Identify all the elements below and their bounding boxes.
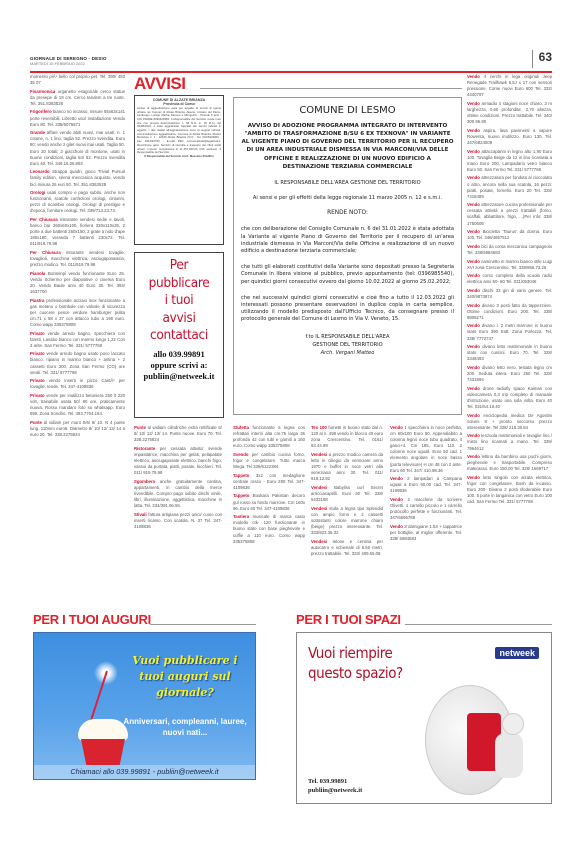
page-number: 63 bbox=[532, 50, 552, 68]
ad-keyword: Privato bbox=[30, 393, 45, 398]
lesmo-title: COMUNE DI LESMO bbox=[241, 107, 454, 114]
classified-ad: Orologi usati compro e pago subito, anch… bbox=[30, 190, 125, 214]
ad-keyword: Vendo bbox=[467, 475, 480, 480]
ad-text: divano l. 2 metri marrone in buono stato… bbox=[467, 323, 552, 340]
classified-ad: Privato vende per inutilizzo betoniera 2… bbox=[30, 393, 125, 417]
lesmo-rende-noto: RENDE NOTO: bbox=[241, 210, 454, 217]
lesmo-paragraph: che nei successivi quindici giorni conse… bbox=[241, 295, 454, 324]
ad-keyword: Privato bbox=[30, 331, 45, 336]
ad-text: attrezzatura per fonduta al cioccolato o… bbox=[467, 175, 552, 198]
publish-notices-promo: Per pubblicare i tuoi avvisi contattaci … bbox=[134, 252, 224, 418]
classified-ad: Leonardo Strappa quadri, gioco Trivial P… bbox=[30, 169, 125, 187]
ad-keyword: Vendo bbox=[390, 425, 403, 430]
ad-text: divano letto nero, testata legno cm 200.… bbox=[467, 365, 552, 382]
classified-ad: Per Chiusura ristorante vendesi tovaglie… bbox=[30, 250, 125, 268]
auguri-section-title: PER I TUOI AUGURI bbox=[33, 612, 151, 627]
lesmo-paragraph: che tutti gli elaborati costitutivi dell… bbox=[241, 264, 454, 286]
signature-name: Arch. Vergani Matteo bbox=[241, 349, 454, 357]
ad-text: attaccapanni in legno alto 1,90 Euro 100… bbox=[467, 149, 552, 172]
section-rule bbox=[150, 624, 256, 625]
ad-keyword: Vendo bbox=[467, 413, 480, 418]
publication-date: MARTEDÌ 15 FEBBRAIO 2022 bbox=[30, 61, 552, 66]
ad-keyword: Per Chiusura bbox=[30, 250, 61, 255]
classified-ad: Vendesi telone e centina per autocarro e… bbox=[311, 539, 383, 557]
promo-or: oppure scrivi a: bbox=[135, 360, 223, 371]
classified-ad: Vendo armadio 4 stagioni noce chiaro, 3 … bbox=[467, 101, 552, 125]
promo-line: i tuoi bbox=[135, 292, 223, 310]
ad-keyword: Vendo bbox=[467, 244, 480, 249]
ad-keyword: Svendo bbox=[233, 452, 249, 457]
ad-keyword: Vendesi bbox=[311, 539, 327, 544]
classified-ad: Sgombero anche gratuitamente cantina, ap… bbox=[134, 479, 222, 509]
auguri-ad[interactable]: Vuoi pubblicare i tuoi auguri sul giorna… bbox=[33, 632, 256, 780]
ad-text: affare vendo abiti nuovi, mai usati: n. … bbox=[30, 130, 125, 165]
ad-keyword: Vendo bbox=[467, 175, 480, 180]
promo-line: avvisi bbox=[135, 310, 223, 328]
ad-text: momento piÃ¹ bello col proprio pet. Tel.… bbox=[30, 74, 125, 85]
ad-keyword: Vendo bbox=[467, 344, 480, 349]
ad-text: vende arredo bagno usato poco laccato bi… bbox=[30, 351, 125, 374]
netweek-logo: netweek bbox=[495, 647, 539, 659]
auguri-contact: Chiamaci allo 039.99891 - publiin@netwee… bbox=[34, 765, 255, 779]
ad-keyword: Vendo bbox=[467, 74, 480, 79]
spazi-email-link[interactable]: publiin@netweek.it bbox=[308, 786, 362, 795]
auguri-subline: Anniversari, compleanni, lauree, nuovi n… bbox=[121, 717, 249, 738]
classified-ad: Vendo attrezzatura per fonduta al ciocco… bbox=[467, 175, 552, 199]
classified-ad: Vendo drone radiofly space Kaiman con vi… bbox=[467, 386, 552, 410]
ad-text: enciclopedia medica De Agostini volumi 8… bbox=[467, 413, 552, 430]
classifieds-column-4b: Vendo 1 specchiera in noce perfetta, cm … bbox=[390, 425, 462, 545]
ad-text: divano 3 posti fatto da tappezziere. Ott… bbox=[467, 303, 552, 320]
spazi-headline: Vuoi riempire questo spazio? bbox=[308, 643, 403, 683]
ad-keyword: Tex 100 bbox=[311, 425, 327, 430]
ad-keyword: Tappeto bbox=[233, 473, 249, 478]
classifieds-column-2: Punte al widiam cilindriche extra rettif… bbox=[134, 425, 222, 533]
ad-keyword: Piastra bbox=[30, 298, 44, 303]
ad-text: aspira, lava pavimenti a vapore Rowenta,… bbox=[467, 128, 552, 145]
ad-keyword: Vendo bbox=[467, 365, 480, 370]
classified-ad: Frigorifero bianco no incasso, misure 55… bbox=[30, 109, 125, 127]
ad-text: caminetto in marmo bianco stile Luigi XV… bbox=[467, 259, 552, 270]
ad-keyword: Stufetta bbox=[233, 425, 249, 430]
ad-text: 4 cerchi in lega originali Jeep Renegade… bbox=[467, 74, 552, 97]
alzate-notice: COMUNE DI ALZATE BRIANZA Provincia di Co… bbox=[134, 95, 224, 245]
ad-keyword: Vendo bbox=[390, 524, 403, 529]
ad-keyword: Vendo bbox=[467, 229, 480, 234]
classified-ad: Vendo dischi 33 giri di vario genere. Te… bbox=[467, 288, 552, 300]
classified-ad: Vendo 3 damigiane 1.54 + tappatrice per … bbox=[390, 524, 462, 542]
classified-ad: Tappeto Boukara Pakistan decoro gul ross… bbox=[233, 493, 305, 511]
lesmo-law: Ai sensi e per gli effetti della legge r… bbox=[241, 195, 454, 202]
classified-ad: Fisarmonica organetto esagonale cerco st… bbox=[30, 89, 125, 107]
classified-ad: Vendo attaccapanni in legno alto 1,90 Eu… bbox=[467, 149, 552, 173]
ad-keyword: Fisarmonica bbox=[30, 89, 55, 94]
alzate-body: Avviso di aggiudicazione gara per appalt… bbox=[137, 107, 221, 155]
ad-text: letto singolo con alzata elettrica, frig… bbox=[467, 475, 552, 504]
ad-keyword: Grande bbox=[30, 130, 45, 135]
ad-keyword: Frigorifero bbox=[30, 109, 52, 114]
spazi-phone: Tel. 039.99891 bbox=[308, 777, 362, 786]
lesmo-subject: AVVISO DI ADOZIONE PROGRAMMA INTEGRATO D… bbox=[241, 122, 454, 171]
classified-ad: Vendo enciclopedia medica De Agostini vo… bbox=[467, 413, 552, 431]
ad-keyword: Vendo bbox=[390, 476, 403, 481]
ad-text: Bontempi vendo funzionante Euro 25. Vend… bbox=[30, 271, 125, 294]
classified-ad: Punte al widiam cilindriche extra rettif… bbox=[134, 425, 222, 443]
classified-ad: Grande affare vendo abiti nuovi, mai usa… bbox=[30, 130, 125, 167]
ad-keyword: Punte bbox=[134, 425, 146, 430]
ad-keyword: Vendesi bbox=[311, 452, 327, 457]
classified-ad: Vendo lenzuola matrimoniali e tovaglie l… bbox=[467, 433, 552, 451]
ad-text: Bicicletta 'Taurus' da donna. Euro 100. … bbox=[467, 229, 552, 240]
header-rule bbox=[30, 71, 552, 73]
classified-ad: Vendesi a prezzo modico camera da letto … bbox=[311, 452, 383, 482]
figure-head-icon bbox=[502, 713, 524, 735]
ad-keyword: Punte bbox=[30, 420, 42, 425]
ad-text: dischi 33 giri di vario genere. Tel. 340… bbox=[467, 288, 552, 299]
ad-keyword: Ristorante bbox=[134, 446, 155, 451]
classified-ad: Tappeto 3x2 con medaglione centrale ross… bbox=[233, 473, 305, 491]
ad-keyword: Vendo bbox=[467, 303, 480, 308]
promo-line: Per bbox=[135, 257, 223, 275]
ad-text: vende per inutilizzo betoniera 250 lt 22… bbox=[30, 393, 125, 416]
classified-ad: Vendo attrezzature cucina professionale … bbox=[467, 202, 552, 226]
ad-text: al vidiam per muro 5/6/ 8/ 10. N 4 punte… bbox=[30, 420, 125, 437]
ad-text: vende arredo bagno, specchiera con faret… bbox=[30, 331, 125, 348]
classified-ad: Vendo corso completo della scuola radio … bbox=[467, 273, 552, 285]
ad-keyword: Pianola bbox=[30, 271, 45, 276]
ad-keyword: Vendo bbox=[467, 259, 480, 264]
ad-keyword: Sgombero bbox=[134, 479, 155, 484]
classified-ad: Svendo per cambio cucina forno, frigor e… bbox=[233, 452, 305, 470]
classified-ad: Tastiera musicale di marca casio modello… bbox=[233, 514, 305, 544]
classified-ad: Vendo 4 cerchi in lega originali Jeep Re… bbox=[467, 74, 552, 98]
ad-text: al widiam cilindriche extra rettificate … bbox=[134, 425, 222, 442]
alzate-signature: Il Responsabile del Servizio Arch. Massi… bbox=[137, 155, 221, 159]
ad-keyword: Leonardo bbox=[30, 169, 50, 174]
classified-ad: Ristorante per cessata attivita' svende … bbox=[134, 446, 222, 476]
lesmo-paragraph: che con deliberazione del Consiglio Comu… bbox=[241, 226, 454, 255]
classified-ad: Vendo letto singolo con alzata elettrica… bbox=[467, 475, 552, 505]
classified-ad: momento piÃ¹ bello col proprio pet. Tel.… bbox=[30, 74, 125, 86]
classified-ad: Punte al vidiam per muro 5/6/ 8/ 10. N 4… bbox=[30, 420, 125, 438]
ad-keyword: Privato bbox=[30, 351, 45, 356]
ad-text: professionale acciaio inox funzionante a… bbox=[30, 298, 125, 327]
ad-text: corso completo della scuola radio elettr… bbox=[467, 273, 552, 284]
ad-keyword: Vendo bbox=[467, 288, 480, 293]
section-rule bbox=[200, 88, 462, 89]
lesmo-responsible: IL RESPONSABILE DELL'AREA GESTIONE DEL T… bbox=[241, 180, 454, 187]
classified-ad: Piastra professionale acciaio inox funzi… bbox=[30, 298, 125, 328]
ad-keyword: Vendo bbox=[467, 202, 480, 207]
ad-keyword: Vendo bbox=[467, 128, 480, 133]
classified-ad: Vendesi Babyliss curl Secret arricciacap… bbox=[311, 485, 383, 503]
ad-keyword: Orologi bbox=[30, 190, 45, 195]
avvisi-section-title: AVVISI bbox=[134, 74, 185, 94]
signature-line: f.to IL RESPONSABILE DELL'AREA bbox=[241, 333, 454, 341]
classified-ad: Vendesi stufa a legna tipo Splendid con … bbox=[311, 506, 383, 536]
lesmo-signature: f.to IL RESPONSABILE DELL'AREA GESTIONE … bbox=[241, 333, 454, 357]
promo-line: contattaci bbox=[135, 327, 223, 345]
ad-keyword: Vendo bbox=[467, 323, 480, 328]
ad-text: lenzuola matrimoniali e tovaglie lino / … bbox=[467, 433, 552, 450]
promo-phone: allo 039.99891 bbox=[135, 349, 223, 360]
classified-ad: Vendo divano letto nero, testata legno c… bbox=[467, 365, 552, 383]
classified-ad: Vendo 2 macchine da scrivere Olivetti. 1… bbox=[390, 497, 462, 521]
ad-keyword: Privato bbox=[30, 378, 45, 383]
classified-ad: Vendo Bicicletta 'Taurus' da donna. Euro… bbox=[467, 229, 552, 241]
classified-ad: Privato vende arredo bagno, specchiera c… bbox=[30, 331, 125, 349]
ad-keyword: Vendo bbox=[467, 149, 480, 154]
classified-ad: Vendo aspira, lava pavimenti a vapore Ro… bbox=[467, 128, 552, 146]
classifieds-column-3: Stufetta funzionante a legna con refratt… bbox=[233, 425, 305, 547]
spazi-ad[interactable]: Vuoi riempire questo spazio? netweek Tel… bbox=[296, 632, 552, 804]
classified-ad: Vendo divano letto matrimoniale in buono… bbox=[467, 344, 552, 362]
spazi-section-title: PER I TUOI SPAZI bbox=[296, 612, 401, 627]
auguri-headline: Vuoi pubblicare i tuoi auguri sul giorna… bbox=[121, 653, 249, 701]
classified-ad: Vendo bici da corsa meccanica campagnolo… bbox=[467, 244, 552, 256]
ad-text: bici da corsa meccanica campagnolo Tel. … bbox=[467, 244, 552, 255]
ad-keyword: Tastiera bbox=[233, 514, 249, 519]
ad-keyword: Vendo bbox=[467, 386, 480, 391]
ad-text: divano letto matrimoniale in buono stato… bbox=[467, 344, 552, 361]
ad-text: attrezzature cucina professionale per ce… bbox=[467, 202, 552, 225]
classified-ad: Privato vende arredo bagno usato poco la… bbox=[30, 351, 125, 375]
classified-ad: Vendo divano 3 posti fatto da tappezzier… bbox=[467, 303, 552, 321]
ad-text: drone radiofly space Kaiman con videocam… bbox=[467, 386, 552, 409]
classified-ad: Vendo lettino da bambino usa pochi giorn… bbox=[467, 454, 552, 472]
classified-ad: Vendo 1 specchiera in noce perfetta, cm … bbox=[390, 425, 462, 474]
ad-text: lettino da bambino usa pochi giorni, pie… bbox=[467, 454, 552, 471]
classified-ad: Pianola Bontempi vendo funzionante Euro … bbox=[30, 271, 125, 295]
ad-keyword: Stivali bbox=[134, 512, 147, 517]
classified-ad: Vendo 2 lampadari a Campana uguali a Eur… bbox=[390, 476, 462, 494]
ad-keyword: Tappeto bbox=[233, 493, 249, 498]
ad-keyword: Vendo bbox=[467, 101, 480, 106]
ad-keyword: Vendo bbox=[467, 454, 480, 459]
ad-text: vendo inserti in pizzo CantÃ¹ per tovagl… bbox=[30, 378, 125, 389]
classifieds-column-1: momento piÃ¹ bello col proprio pet. Tel.… bbox=[30, 74, 125, 441]
ad-keyword: Vendo bbox=[390, 497, 403, 502]
ad-keyword: Vendesi bbox=[311, 485, 327, 490]
classified-ad: Per Chiusura ristorante vendesi sedie e … bbox=[30, 217, 125, 247]
ad-keyword: Vendo bbox=[467, 433, 480, 438]
signature-line: GESTIONE DEL TERRITORIO bbox=[241, 341, 454, 349]
classified-ad: Privato vendo inserti in pizzo CantÃ¹ pe… bbox=[30, 378, 125, 390]
ad-text: fattura artigiana pezzi unici/ cuoio con… bbox=[134, 512, 222, 529]
classified-ad: Stufetta funzionante a legna con refratt… bbox=[233, 425, 305, 449]
figure-icon bbox=[495, 733, 523, 778]
ad-text: armadio 4 stagioni noce chiaro, 3 m larg… bbox=[467, 101, 552, 124]
ad-keyword: Vendesi bbox=[311, 506, 327, 511]
spazi-contact: Tel. 039.99891 publiin@netweek.it bbox=[308, 777, 362, 795]
promo-email-link[interactable]: publiin@netweek.it bbox=[135, 371, 223, 382]
lesmo-notice: COMUNE DI LESMO AVVISO DI ADOZIONE PROGR… bbox=[233, 97, 462, 415]
classified-ad: Stivali fattura artigiana pezzi unici/ c… bbox=[134, 512, 222, 530]
ad-text: usati compro e pago subito, anche non fu… bbox=[30, 190, 125, 213]
classified-ad: Tex 100 fumetti in buono stato dal n. 12… bbox=[311, 425, 383, 449]
classified-ad: Vendo divano l. 2 metri marrone in buono… bbox=[467, 323, 552, 341]
ad-keyword: Per Chiusura bbox=[30, 217, 58, 222]
section-rule bbox=[405, 624, 552, 625]
classified-ad: Vendo caminetto in marmo bianco stile Lu… bbox=[467, 259, 552, 271]
promo-line: pubblicare bbox=[135, 275, 223, 293]
classifieds-column-4: Tex 100 fumetti in buono stato dal n. 12… bbox=[311, 425, 383, 559]
ad-keyword: Vendo bbox=[467, 273, 480, 278]
ad-text: 1 specchiera in noce perfetta, cm 60x100… bbox=[390, 425, 462, 473]
page-header: GIORNALE DI SEREGNO - DESIO MARTEDÌ 15 F… bbox=[30, 56, 552, 70]
classifieds-column-5: Vendo 4 cerchi in lega originali Jeep Re… bbox=[467, 74, 552, 508]
